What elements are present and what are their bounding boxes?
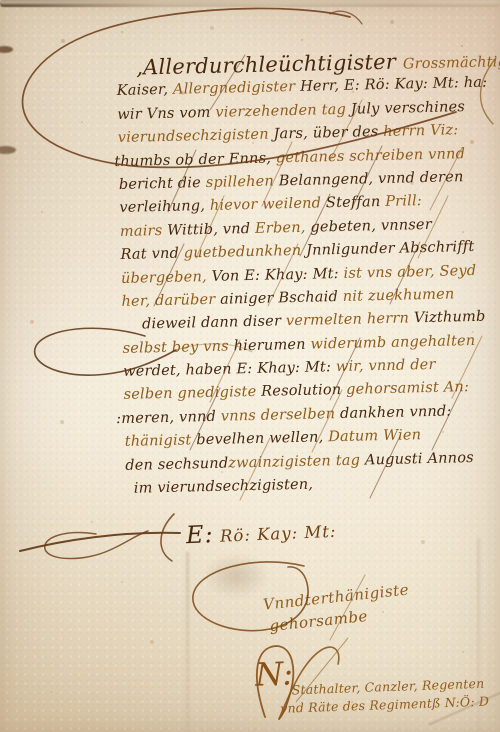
manuscript-word-group: Allergnedigister — [173, 79, 300, 98]
manuscript-word-group: guetbedunkhen — [184, 243, 307, 262]
manuscript-word-group: July verschines — [351, 99, 466, 118]
manuscript-word-group: herrn Viz: — [383, 122, 458, 140]
manuscript-word-group: dieweil dann diser — [142, 314, 286, 333]
manuscript-word-group: verleihung, — [119, 198, 210, 216]
manuscript-word-group: mairs — [120, 223, 168, 240]
manuscript-word-group: bevelhen wellen, — [196, 430, 328, 449]
manuscript-word-group: übergeben, — [121, 268, 212, 286]
manuscript-word-group: ainiger Bschaid — [220, 289, 343, 308]
manuscript-word-group: im vierundsechzigisten, — [134, 477, 314, 497]
manuscript-word-group: werdet, haben — [123, 361, 237, 380]
manuscript-word-group: vierzehenden tag — [215, 101, 351, 120]
manuscript-word-group: Datum Wien — [328, 427, 421, 445]
manuscript-word-group: nit zuekhumen — [343, 286, 455, 305]
manuscript-word-group: Rat vnd — [120, 246, 184, 263]
manuscript-word-group: Jnnligunder Abschrifft — [306, 239, 475, 259]
manuscript-word-group: spillehen — [206, 173, 279, 191]
manuscript-word-group: bericht die — [119, 175, 206, 193]
manuscript-text-block: ,Allerdurchleüchtigister Grossmächtigist… — [116, 48, 500, 501]
manuscript-word-group: Wittib, vnd — [167, 221, 255, 239]
manuscript-word-group: Erben, — [255, 219, 311, 236]
manuscript-word-group: gebeten, vnnser — [310, 217, 432, 236]
manuscript-word-group: dankhen vnnd: — [340, 403, 452, 422]
manuscript-word-group: :meren, vnnd — [116, 409, 221, 427]
manuscript-word-group: vermelten herrn — [286, 311, 414, 330]
manuscript-word-group: hievor weilend — [210, 196, 326, 215]
manuscript-word-group: vierundsechzigisten — [118, 127, 274, 147]
manuscript-word-group: wir, vnnd der — [336, 357, 436, 375]
manuscript-scan: { "document": { "ink_colors": { "dark": … — [0, 0, 500, 732]
manuscript-word-group: gehorsamist An: — [346, 380, 469, 399]
manuscript-word-group: hierumen — [233, 336, 310, 354]
manuscript-word-group: selben gnedigiste — [123, 384, 261, 403]
manuscript-word-group: Resolution — [261, 382, 346, 400]
manuscript-word-group: Kaiser, — [117, 82, 174, 99]
manuscript-word-group: E: Khay: Mt: — [236, 359, 336, 377]
manuscript-word-group: gethanes schreiben vnnd — [276, 146, 466, 166]
manuscript-word-group: Augusti Annos — [365, 450, 474, 468]
manuscript-word-group: thänigist — [125, 433, 197, 451]
manuscript-word-group: Von E: Khay: Mt: — [211, 265, 343, 284]
manuscript-word-group: Steffan — [326, 194, 386, 211]
manuscript-word-group: zwainzigisten tag — [228, 452, 365, 471]
manuscript-word-group: Grossmächtigister — [403, 53, 500, 72]
manuscript-word-group: Prill: — [385, 193, 422, 210]
manuscript-word-group: Vizthumb — [414, 309, 486, 327]
manuscript-word-group: wir Vns vom — [117, 105, 215, 123]
signature-initial-letter: N: — [255, 665, 294, 684]
manuscript-word-group: widerumb angehalten — [310, 333, 475, 353]
manuscript-word-group: her, darüber — [121, 292, 220, 310]
closing-abbreviation: Rö: Kay: Mt: — [220, 522, 337, 546]
manuscript-word-group: Jars, über des — [273, 124, 383, 142]
manuscript-word-group: E: Rö: Kay: Mt: ha: — [344, 75, 488, 94]
manuscript-word-group: ist vns aber, Seyd — [343, 262, 476, 281]
closing-initial-letter: E: — [185, 520, 214, 549]
manuscript-word-group: Herr, — [300, 78, 344, 95]
signature-block: N: Stathalter, Canzler, Regenten vnd Rät… — [291, 675, 489, 717]
manuscript-word-group: den sechsund — [125, 455, 228, 473]
manuscript-word-group: thumbs ob der Enns, — [114, 150, 276, 170]
manuscript-word-group: vnns derselben — [221, 406, 341, 425]
manuscript-word-group: Belanngend, vnnd deren — [279, 169, 464, 189]
manuscript-word-group: selbst bey vns — [122, 338, 233, 357]
